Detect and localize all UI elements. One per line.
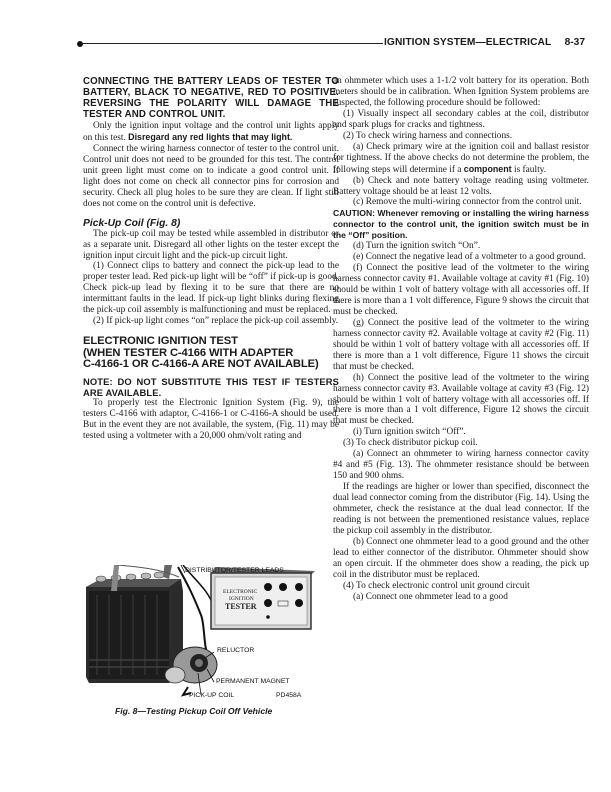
step: (2) To check wiring harness and connecti… [333,131,589,142]
section-heading-pickup-coil: Pick-Up Coil (Fig. 8) [83,218,339,229]
substep: (g) Connect the positive lead of the vol… [333,318,589,373]
step: (2) If pick-up light comes “on” replace … [83,316,339,327]
figure-8: ELECTRONIC IGNITION TESTER [83,565,339,705]
label-pick-up-coil: PICK-UP COIL [189,692,234,699]
running-header: IGNITION SYSTEM—ELECTRICAL 8-37 [77,37,585,51]
note-text: NOTE: DO NOT SUBSTITUTE THIS TEST IF TES… [83,376,339,398]
substep: (a) Connect one ohmmeter lead to a good [333,592,589,603]
caution-text: CAUTION: Whenever removing or installing… [333,208,589,241]
svg-text:ELECTRONIC: ELECTRONIC [223,589,258,595]
step: (4) To check electronic control unit gro… [333,581,589,592]
step: (1) Visually inspect all secondary cable… [333,109,589,131]
paragraph: Only the ignition input voltage and the … [83,121,339,144]
paragraph: If the readings are higher or lower than… [333,482,589,537]
heading-line: C-4166-1 OR C-4166-A ARE NOT AVAILABLE) [83,359,339,370]
paragraph: To properly test the Electronic Ignition… [83,398,339,442]
label-permanent-magnet: PERMANENT MAGNET [216,678,290,685]
left-column: CONNECTING THE BATTERY LEADS OF TESTER T… [83,76,339,442]
svg-text:TESTER: TESTER [225,602,257,611]
tester-box-icon: ELECTRONIC IGNITION TESTER [211,565,315,629]
label-figure-code: PD458A [276,692,301,699]
substep: (a) Check primary wire at the ignition c… [333,142,589,176]
label-reluctor: RELUCTOR [217,647,254,654]
substep-text: (a) Check primary wire at the ignition c… [333,142,589,175]
section-heading-electronic-ignition-test: ELECTRONIC IGNITION TEST (WHEN TESTER C-… [83,336,339,370]
warning-text: CONNECTING THE BATTERY LEADS OF TESTER T… [83,76,339,120]
substep: (i) Turn ignition switch “Off”. [333,427,589,438]
paragraph: Connect the wiring harness connector of … [83,144,339,210]
battery-icon [86,565,183,683]
substep: (d) Turn the ignition switch “On”. [333,241,589,252]
substep: (c) Remove the multi-wiring connector fr… [333,197,589,208]
step: (3) To check distributor pickup coil. [333,438,589,449]
substep: (f) Connect the positive lead of the vol… [333,263,589,318]
bold-text: component [464,164,512,174]
substep: (h) Connect the positive lead of the vol… [333,373,589,428]
substep: (b) Connect one ohmmeter lead to a good … [333,537,589,581]
manual-page: IGNITION SYSTEM—ELECTRICAL 8-37 CONNECTI… [0,0,611,792]
substep-text: is faulty. [514,165,546,175]
section-title: IGNITION SYSTEM—ELECTRICAL [384,37,551,48]
label-distributor-tester-leads: DISTRIBUTOR/TESTER LEADS [185,567,284,574]
figure-caption: Fig. 8—Testing Pickup Coil Off Vehicle [115,706,272,716]
heading-line: ELECTRONIC IGNITION TEST [83,336,339,347]
substep: (e) Connect the negative lead of a voltm… [333,252,589,263]
step: (1) Connect clips to battery and connect… [83,261,339,316]
tester-illustration-icon: ELECTRONIC IGNITION TESTER [83,565,339,705]
paragraph: The pick-up coil may be tested while ass… [83,229,339,262]
right-column: an ohmmeter which uses a 1-1/2 volt batt… [333,76,589,603]
paragraph: an ohmmeter which uses a 1-1/2 volt batt… [333,76,589,109]
bold-text: Disregard any red lights that may light. [128,132,292,142]
header-rule [83,43,383,44]
page-number: 8-37 [565,37,585,48]
substep: (a) Connect an ohmmeter to wiring harnes… [333,449,589,482]
substep: (b) Check and note battery voltage readi… [333,176,589,198]
